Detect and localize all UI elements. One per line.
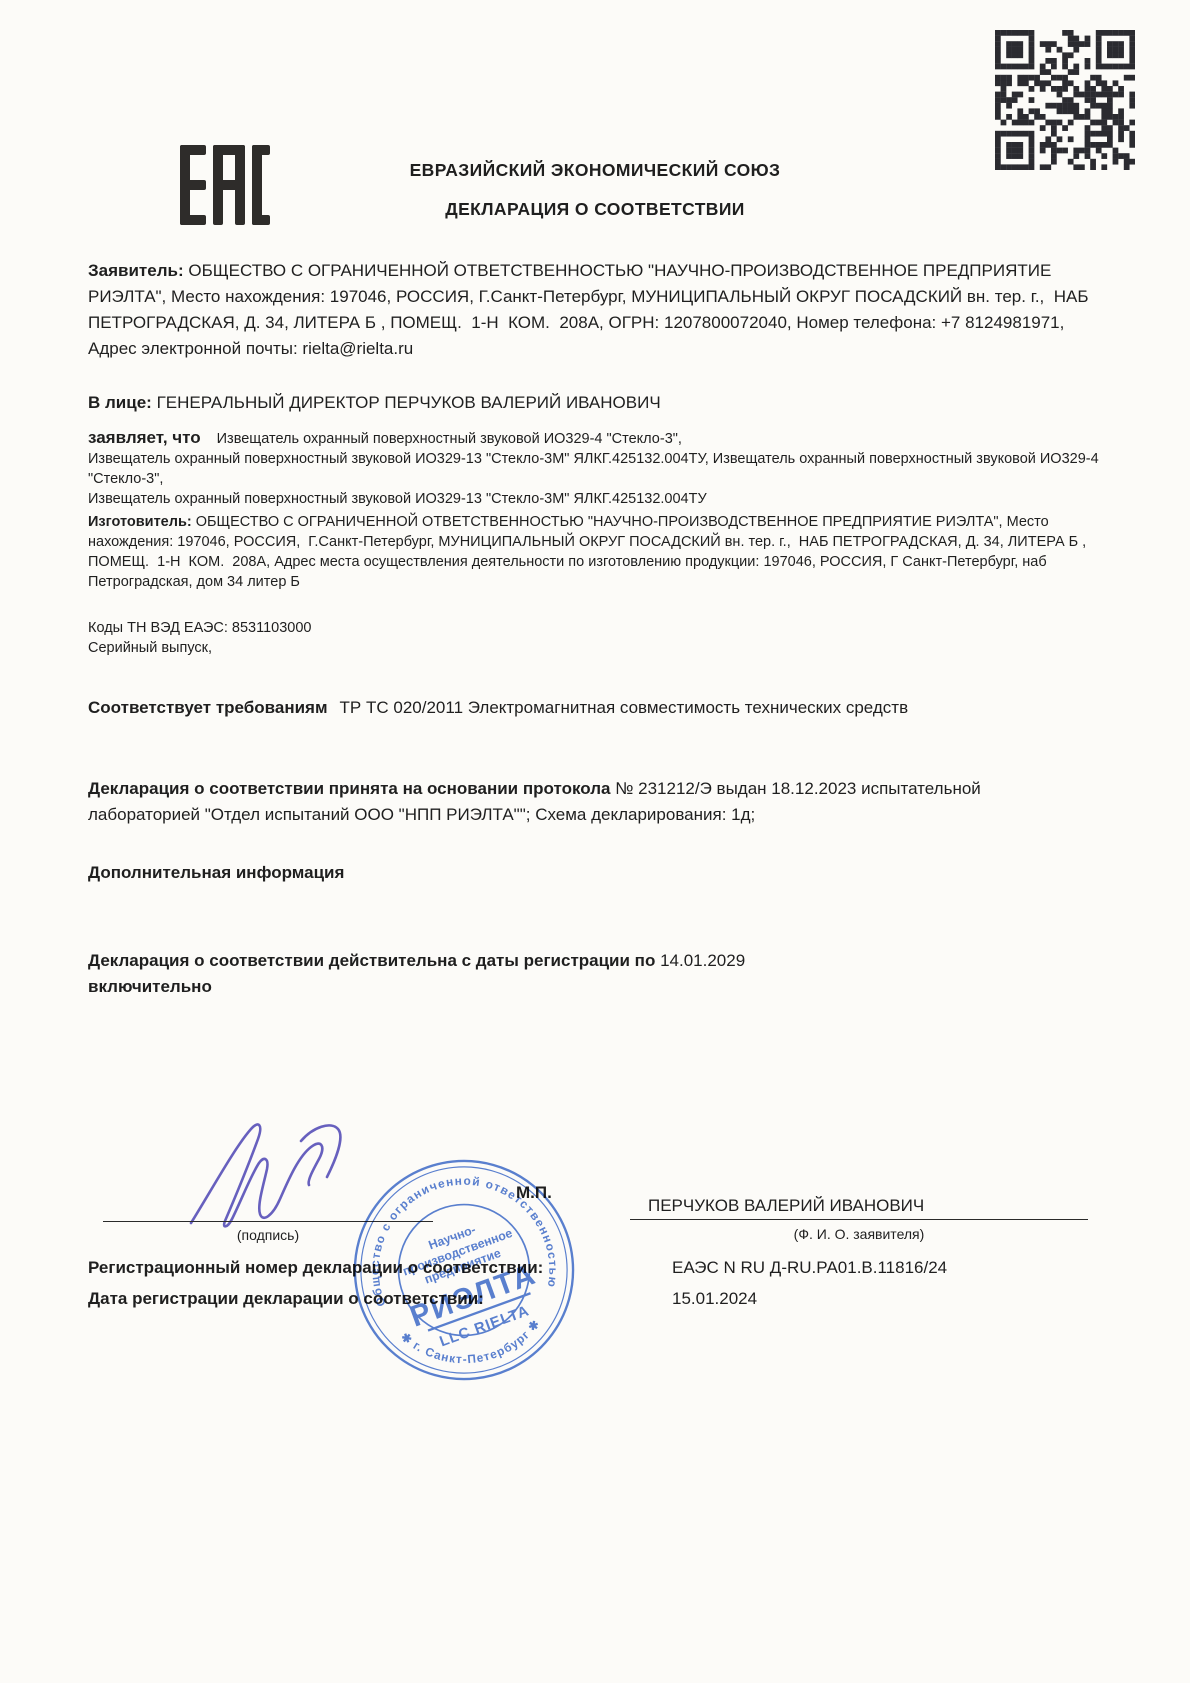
manufacturer-paragraph: Изготовитель: ОБЩЕСТВО С ОГРАНИЧЕННОЙ ОТ… bbox=[88, 512, 1112, 592]
document-title: ДЕКЛАРАЦИЯ О СООТВЕТСТВИИ bbox=[0, 199, 1190, 220]
serial-release-line: Серийный выпуск, bbox=[88, 638, 1112, 658]
signature-line bbox=[103, 1221, 433, 1222]
conforms-text: ТР ТС 020/2011 Электромагнитная совмести… bbox=[340, 698, 909, 717]
seal-place-mark: М.П. bbox=[516, 1183, 552, 1203]
additional-info-label: Дополнительная информация bbox=[88, 860, 1112, 886]
declares-paragraph: заявляет, чтоИзвещатель охранный поверхн… bbox=[88, 428, 1112, 509]
qr-code-icon bbox=[995, 30, 1135, 170]
product-line: Извещатель охранный поверхностный звуков… bbox=[217, 431, 682, 447]
applicant-label: Заявитель: bbox=[88, 261, 184, 280]
applicant-text: ОБЩЕСТВО С ОГРАНИЧЕННОЙ ОТВЕТСТВЕННОСТЬЮ… bbox=[88, 261, 1089, 358]
stamp-city-text: ✱ г. Санкт-Петербург ✱ bbox=[397, 1315, 546, 1373]
declares-label: заявляет, что bbox=[88, 428, 201, 447]
name-caption: (Ф. И. О. заявителя) bbox=[630, 1226, 1088, 1242]
applicant-paragraph: Заявитель: ОБЩЕСТВО С ОГРАНИЧЕННОЙ ОТВЕТ… bbox=[88, 258, 1112, 362]
validity-line-1: Декларация о соответствии действительна … bbox=[88, 948, 1112, 974]
declaration-document-page: ЕВРАЗИЙСКИЙ ЭКОНОМИЧЕСКИЙ СОЮЗ ДЕКЛАРАЦИ… bbox=[0, 0, 1190, 1683]
product-line: Извещатель охранный поверхностный звуков… bbox=[88, 489, 1112, 509]
name-line bbox=[630, 1219, 1088, 1220]
person-paragraph: В лице: ГЕНЕРАЛЬНЫЙ ДИРЕКТОР ПЕРЧУКОВ ВА… bbox=[88, 390, 1112, 416]
conforms-paragraph: Соответствует требованиямТР ТС 020/2011 … bbox=[88, 695, 918, 721]
basis-label: Декларация о соответствии принята на осн… bbox=[88, 779, 610, 798]
manufacturer-text: ОБЩЕСТВО С ОГРАНИЧЕННОЙ ОТВЕТСТВЕННОСТЬЮ… bbox=[88, 514, 1086, 590]
validity-date: 14.01.2029 bbox=[660, 951, 745, 970]
registration-number-value: ЕАЭС N RU Д-RU.РА01.В.11816/24 bbox=[672, 1258, 947, 1278]
validity-suffix-text: включительно bbox=[88, 977, 212, 996]
handwritten-signature bbox=[183, 1118, 388, 1230]
person-label: В лице: bbox=[88, 393, 152, 412]
union-title: ЕВРАЗИЙСКИЙ ЭКОНОМИЧЕСКИЙ СОЮЗ bbox=[0, 160, 1190, 181]
manufacturer-label: Изготовитель: bbox=[88, 514, 192, 530]
conforms-label: Соответствует требованиям bbox=[88, 698, 328, 717]
product-line: Извещатель охранный поверхностный звуков… bbox=[88, 449, 1112, 489]
stamp-latin-name: LLC RIELTA bbox=[438, 1303, 532, 1350]
validity-paragraph: Декларация о соответствии действительна … bbox=[88, 948, 1112, 1000]
registration-date-row: Дата регистрации декларации о соответств… bbox=[88, 1289, 1148, 1309]
signature-caption: (подпись) bbox=[103, 1227, 433, 1243]
validity-suffix: включительно bbox=[88, 974, 1112, 1000]
additional-info-text: Дополнительная информация bbox=[88, 863, 344, 882]
declares-line-1: заявляет, чтоИзвещатель охранный поверхн… bbox=[88, 428, 1112, 449]
registration-date-value: 15.01.2024 bbox=[672, 1289, 757, 1309]
stamp-center-line: Научно- bbox=[427, 1222, 478, 1252]
person-text: ГЕНЕРАЛЬНЫЙ ДИРЕКТОР ПЕРЧУКОВ ВАЛЕРИЙ ИВ… bbox=[157, 393, 661, 412]
registration-date-label: Дата регистрации декларации о соответств… bbox=[88, 1289, 484, 1308]
validity-label: Декларация о соответствии действительна … bbox=[88, 951, 655, 970]
basis-paragraph: Декларация о соответствии принята на осн… bbox=[88, 776, 1033, 828]
registration-number-row: Регистрационный номер декларации о соотв… bbox=[88, 1258, 1148, 1278]
registration-number-label: Регистрационный номер декларации о соотв… bbox=[88, 1258, 543, 1277]
applicant-name: ПЕРЧУКОВ ВАЛЕРИЙ ИВАНОВИЧ bbox=[648, 1196, 924, 1216]
tnved-codes-line: Коды ТН ВЭД ЕАЭС: 8531103000 bbox=[88, 618, 1112, 638]
